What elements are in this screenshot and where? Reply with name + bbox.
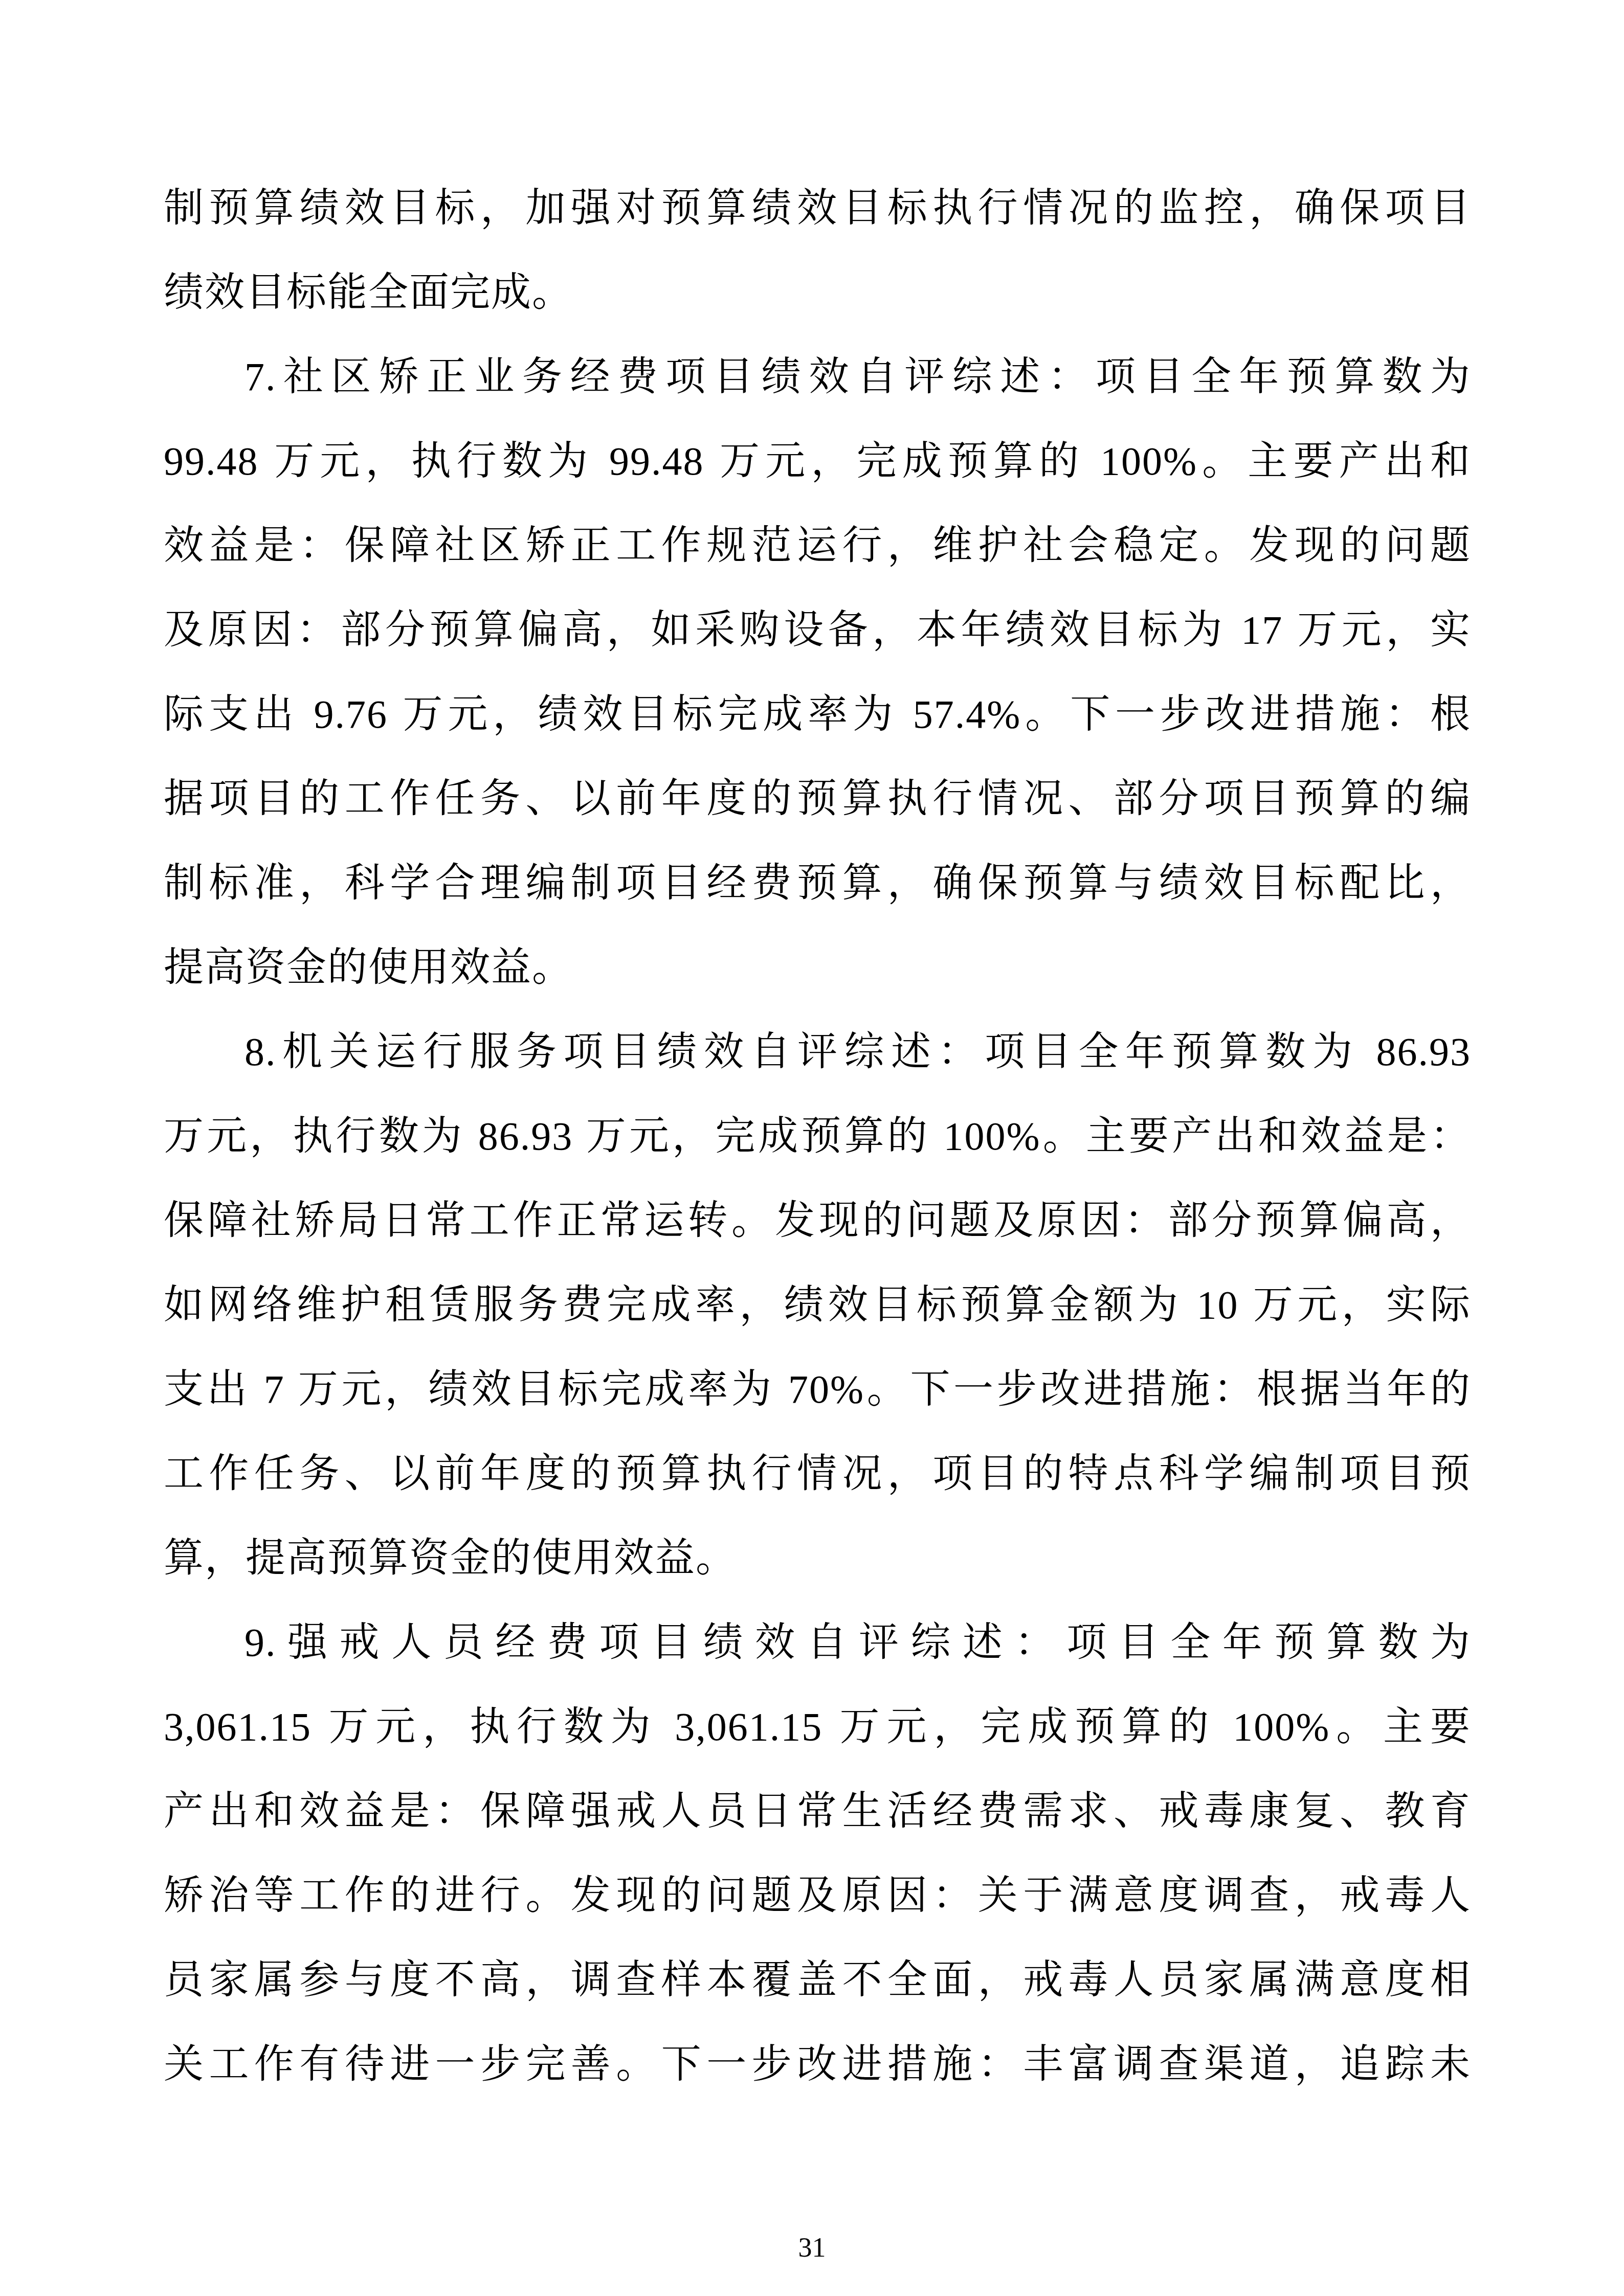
text-line: 矫治等工作的进行。发现的问题及原因：关于满意度调查，戒毒人 — [164, 1853, 1471, 1938]
text-line: 支出 7 万元，绩效目标完成率为 70%。下一步改进措施：根据当年的 — [164, 1347, 1471, 1431]
document-body: 制预算绩效目标，加强对预算绩效目标执行情况的监控，确保项目绩效目标能全面完成。7… — [164, 166, 1471, 2106]
text-line: 提高资金的使用效益。 — [164, 925, 1471, 1009]
text-line: 据项目的工作任务、以前年度的预算执行情况、部分项目预算的编 — [164, 756, 1471, 841]
text-line: 9.强戒人员经费项目绩效自评综述：项目全年预算数为 — [164, 1600, 1471, 1684]
text-line: 及原因：部分预算偏高，如采购设备，本年绩效目标为 17 万元，实 — [164, 588, 1471, 672]
paragraph-item-9: 9.强戒人员经费项目绩效自评综述：项目全年预算数为3,061.15 万元，执行数… — [164, 1600, 1471, 2106]
text-line: 算，提高预算资金的使用效益。 — [164, 1516, 1471, 1600]
text-line: 保障社矫局日常工作正常运转。发现的问题及原因：部分预算偏高， — [164, 1178, 1471, 1263]
text-line: 绩效目标能全面完成。 — [164, 250, 1471, 334]
text-line: 员家属参与度不高，调查样本覆盖不全面，戒毒人员家属满意度相 — [164, 1938, 1471, 2022]
text-line: 8.机关运行服务项目绩效自评综述：项目全年预算数为 86.93 — [164, 1009, 1471, 1094]
text-line: 如网络维护租赁服务费完成率，绩效目标预算金额为 10 万元，实际 — [164, 1263, 1471, 1347]
text-line: 99.48 万元，执行数为 99.48 万元，完成预算的 100%。主要产出和 — [164, 419, 1471, 503]
paragraph-item-7: 7.社区矫正业务经费项目绩效自评综述：项目全年预算数为99.48 万元，执行数为… — [164, 334, 1471, 1009]
text-line: 关工作有待进一步完善。下一步改进措施：丰富调查渠道，追踪未 — [164, 2022, 1471, 2106]
paragraph-continued: 制预算绩效目标，加强对预算绩效目标执行情况的监控，确保项目绩效目标能全面完成。 — [164, 166, 1471, 334]
page-number: 31 — [0, 2227, 1624, 2268]
text-line: 制预算绩效目标，加强对预算绩效目标执行情况的监控，确保项目 — [164, 166, 1471, 250]
text-line: 3,061.15 万元，执行数为 3,061.15 万元，完成预算的 100%。… — [164, 1684, 1471, 1769]
text-line: 工作任务、以前年度的预算执行情况，项目的特点科学编制项目预 — [164, 1431, 1471, 1516]
text-line: 际支出 9.76 万元，绩效目标完成率为 57.4%。下一步改进措施：根 — [164, 672, 1471, 756]
text-line: 7.社区矫正业务经费项目绩效自评综述：项目全年预算数为 — [164, 334, 1471, 419]
text-line: 效益是：保障社区矫正工作规范运行，维护社会稳定。发现的问题 — [164, 503, 1471, 588]
paragraph-item-8: 8.机关运行服务项目绩效自评综述：项目全年预算数为 86.93万元，执行数为 8… — [164, 1009, 1471, 1600]
text-line: 产出和效益是：保障强戒人员日常生活经费需求、戒毒康复、教育 — [164, 1769, 1471, 1853]
text-line: 万元，执行数为 86.93 万元，完成预算的 100%。主要产出和效益是： — [164, 1094, 1471, 1178]
text-line: 制标准，科学合理编制项目经费预算，确保预算与绩效目标配比， — [164, 841, 1471, 925]
document-page: 制预算绩效目标，加强对预算绩效目标执行情况的监控，确保项目绩效目标能全面完成。7… — [0, 0, 1624, 2296]
